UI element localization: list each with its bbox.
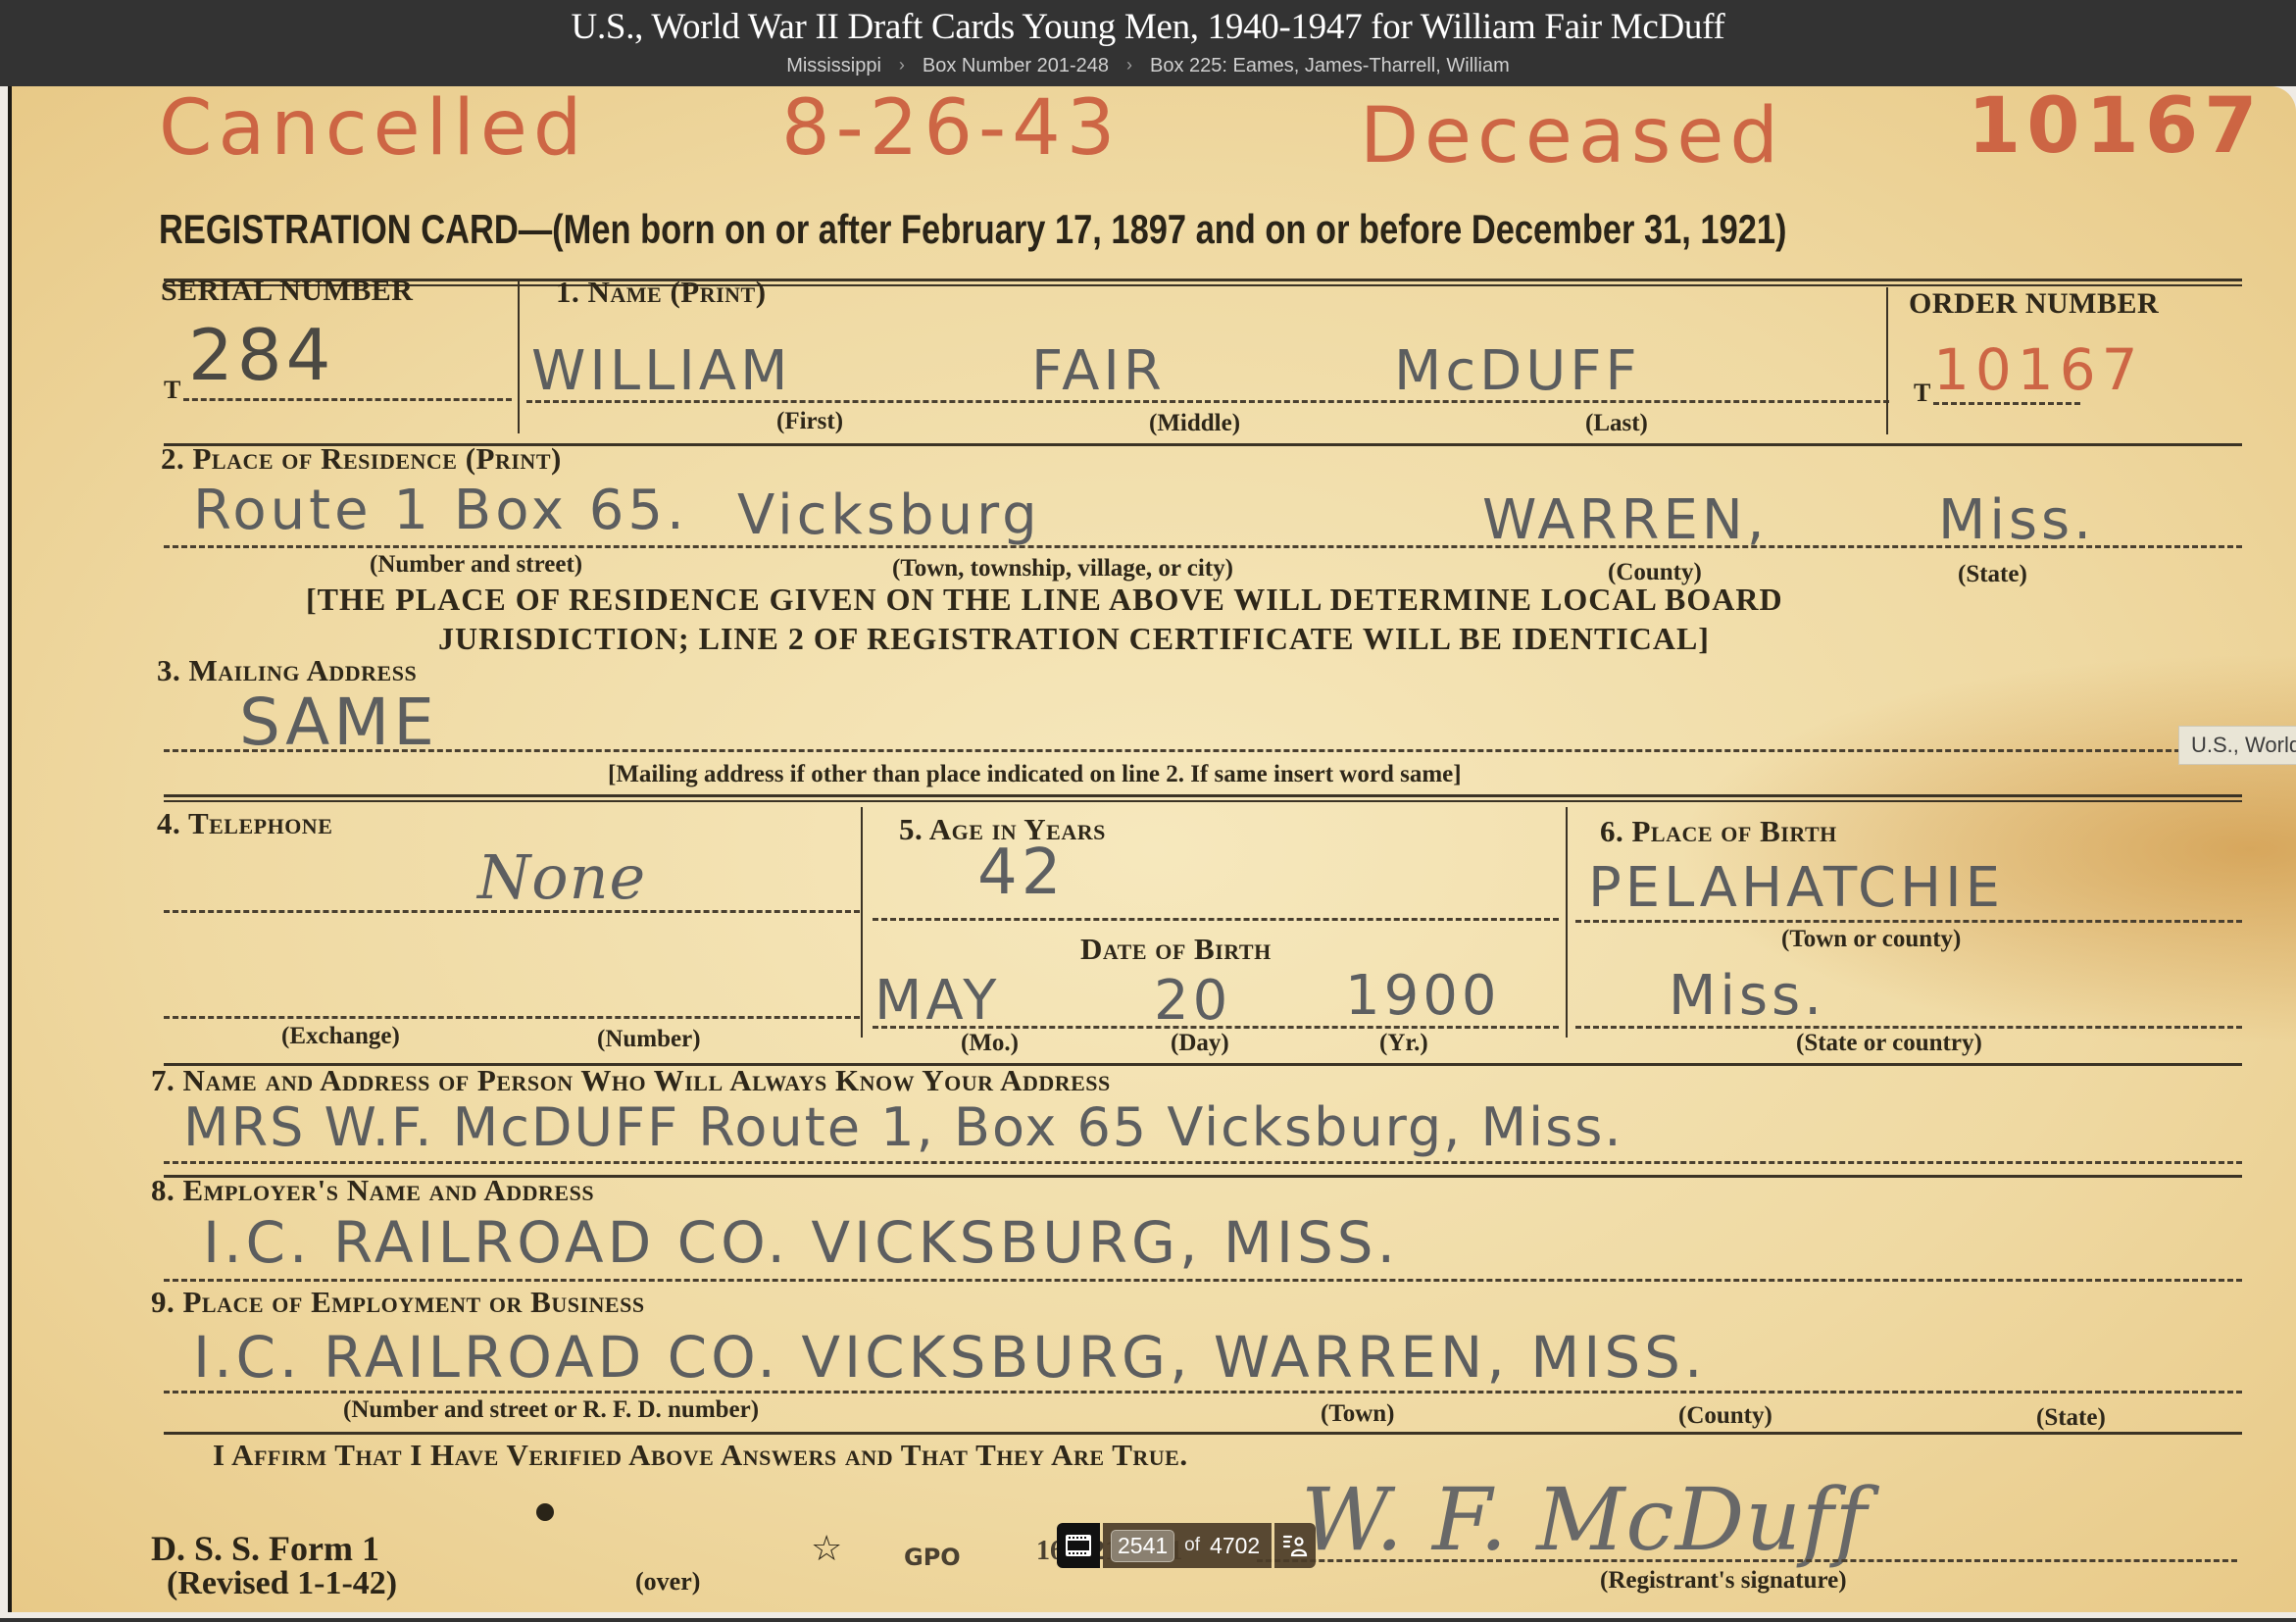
- dotted-line: [164, 910, 860, 913]
- employment-county-caption: (County): [1678, 1402, 1772, 1430]
- birthplace-town-caption: (Town or county): [1781, 926, 1961, 953]
- order-prefix: T: [1914, 379, 1930, 408]
- person-list-icon: [1282, 1533, 1308, 1558]
- divider: [861, 807, 863, 1038]
- birthplace-town-value: PELAHATCHIE: [1588, 856, 2004, 920]
- divider: [518, 279, 520, 433]
- employment-place-value: I.C. RAILROAD CO. VICKSBURG, WARREN, MIS…: [193, 1324, 1706, 1391]
- tooltip: U.S., World War II Draft Cards Young Men…: [2178, 726, 2296, 765]
- birth-day-value: 20: [1154, 969, 1231, 1033]
- divider: [1566, 807, 1568, 1038]
- cancelled-annotation: Cancelled: [159, 86, 587, 173]
- serial-prefix: T: [164, 376, 180, 405]
- dotted-line: [164, 1391, 2242, 1394]
- gpo-label: GPO: [904, 1544, 961, 1571]
- birthplace-state-value: Miss.: [1669, 964, 1825, 1028]
- date-of-birth-label: Date of Birth: [1080, 932, 1272, 967]
- dotted-line: [164, 1279, 2242, 1282]
- residence-county-value: WARREN,: [1482, 488, 1769, 552]
- page-title: U.S., World War II Draft Cards Young Men…: [0, 6, 2296, 48]
- affirmation-text: I Affirm That I Have Verified Above Answ…: [213, 1438, 1188, 1473]
- order-number-value: 10167: [1933, 336, 2144, 403]
- dotted-line: [1933, 402, 2080, 405]
- ink-dot: [536, 1503, 554, 1521]
- page-header: U.S., World War II Draft Cards Young Men…: [0, 0, 2296, 86]
- filmstrip-button[interactable]: [1057, 1523, 1100, 1568]
- chevron-right-icon: ›: [1126, 55, 1132, 77]
- year-caption: (Yr.): [1379, 1030, 1428, 1057]
- dotted-line: [164, 1161, 2242, 1164]
- registrant-signature: W. F. McDuff: [1301, 1469, 1868, 1570]
- serial-number-label: SERIAL NUMBER: [161, 275, 413, 308]
- divider: [164, 794, 2242, 802]
- page-counter: 2541 of 4702: [1103, 1523, 1272, 1568]
- serial-number-value: 284: [188, 314, 334, 396]
- day-caption: (Day): [1171, 1030, 1229, 1057]
- cancel-date-annotation: 8-26-43: [781, 86, 1121, 173]
- mailing-caption: [Mailing address if other than place ind…: [608, 761, 1462, 788]
- residence-street-value: Route 1 Box 65.: [193, 479, 688, 542]
- birthplace-state-caption: (State or country): [1796, 1030, 1982, 1057]
- signature-caption: (Registrant's signature): [1600, 1567, 1847, 1595]
- breadcrumb-state[interactable]: Mississippi: [786, 55, 881, 77]
- breadcrumb: Mississippi › Box Number 201-248 › Box 2…: [0, 55, 2296, 77]
- dotted-line: [873, 918, 1559, 921]
- dotted-line: [1575, 1026, 2242, 1029]
- divider: [164, 279, 2242, 286]
- town-caption: (Town, township, village, or city): [892, 555, 1233, 583]
- form-number: D. S. S. Form 1: [151, 1528, 379, 1569]
- current-page-input[interactable]: 2541: [1111, 1530, 1174, 1562]
- employment-state-caption: (State): [2036, 1404, 2106, 1432]
- exchange-caption: (Exchange): [281, 1023, 400, 1050]
- last-caption: (Last): [1585, 410, 1648, 437]
- age-value: 42: [977, 836, 1065, 909]
- middle-name-value: FAIR: [1031, 339, 1166, 403]
- of-label: of: [1184, 1535, 1200, 1556]
- divider: [1886, 287, 1888, 434]
- telephone-label: 4. Telephone: [157, 806, 332, 841]
- telephone-value: None: [477, 841, 646, 913]
- residence-label: 2. Place of Residence (Print): [161, 441, 562, 477]
- employer-label: 8. Employer's Name and Address: [151, 1173, 594, 1208]
- dotted-line: [1575, 920, 2242, 923]
- dotted-line: [164, 749, 2242, 752]
- name-label: 1. Name (Print): [556, 275, 767, 310]
- employment-place-label: 9. Place of Employment or Business: [151, 1285, 645, 1320]
- registration-card-title: REGISTRATION CARD—(Men born on or after …: [159, 206, 1787, 253]
- form-revision: (Revised 1-1-42): [167, 1565, 397, 1602]
- middle-caption: (Middle): [1149, 410, 1240, 437]
- birthplace-label: 6. Place of Birth: [1600, 814, 1837, 849]
- contact-person-label: 7. Name and Address of Person Who Will A…: [151, 1063, 1111, 1098]
- first-caption: (First): [776, 408, 843, 435]
- dotted-line: [164, 545, 2242, 548]
- month-caption: (Mo.): [961, 1030, 1019, 1057]
- employment-town-caption: (Town): [1321, 1400, 1395, 1428]
- dotted-line: [164, 1016, 860, 1019]
- street-caption: (Number and street): [370, 551, 582, 579]
- over-label: (over): [635, 1567, 700, 1597]
- draft-card-image[interactable]: Cancelled 8-26-43 Deceased 10167 REGISTR…: [8, 86, 2296, 1612]
- residence-town-value: Vicksburg: [737, 483, 1041, 547]
- index-panel-button[interactable]: [1274, 1523, 1316, 1568]
- total-pages: 4702: [1210, 1533, 1260, 1559]
- last-name-value: McDUFF: [1394, 339, 1641, 403]
- order-number-label: ORDER NUMBER: [1909, 287, 2159, 321]
- employment-street-caption: (Number and street or R. F. D. number): [343, 1396, 759, 1424]
- dotted-line: [873, 1026, 1559, 1029]
- jurisdiction-notice-line2: JURISDICTION; LINE 2 OF REGISTRATION CER…: [438, 621, 1710, 657]
- jurisdiction-notice-line1: [THE PLACE OF RESIDENCE GIVEN ON THE LIN…: [306, 582, 1783, 618]
- image-toolbar: 2541 of 4702: [1057, 1523, 1316, 1568]
- bottom-bar: [0, 1618, 2296, 1622]
- image-viewer[interactable]: Cancelled 8-26-43 Deceased 10167 REGISTR…: [0, 86, 2296, 1622]
- residence-state-value: Miss.: [1938, 488, 2095, 552]
- red-number-annotation: 10167: [1968, 86, 2263, 171]
- number-caption: (Number): [597, 1026, 701, 1053]
- deceased-annotation: Deceased: [1360, 92, 1784, 180]
- chevron-right-icon: ›: [899, 55, 905, 77]
- state-caption: (State): [1958, 561, 2027, 588]
- contact-person-value: MRS W.F. McDUFF Route 1, Box 65 Vicksbur…: [183, 1096, 1623, 1158]
- dotted-line: [1257, 1559, 2237, 1562]
- divider: [164, 1432, 2242, 1435]
- birth-month-value: MAY: [874, 969, 1000, 1033]
- breadcrumb-box[interactable]: Box 225: Eames, James-Tharrell, William: [1150, 55, 1510, 77]
- mailing-address-label: 3. Mailing Address: [157, 653, 417, 688]
- employer-value: I.C. RAILROAD CO. VICKSBURG, MISS.: [203, 1209, 1399, 1276]
- dotted-line: [183, 398, 512, 401]
- breadcrumb-box-range[interactable]: Box Number 201-248: [923, 55, 1109, 77]
- filmstrip-icon: [1065, 1534, 1092, 1557]
- star-icon: ☆: [811, 1528, 842, 1569]
- first-name-value: WILLIAM: [531, 339, 791, 403]
- dotted-line: [526, 400, 1889, 403]
- birth-year-value: 1900: [1345, 964, 1501, 1028]
